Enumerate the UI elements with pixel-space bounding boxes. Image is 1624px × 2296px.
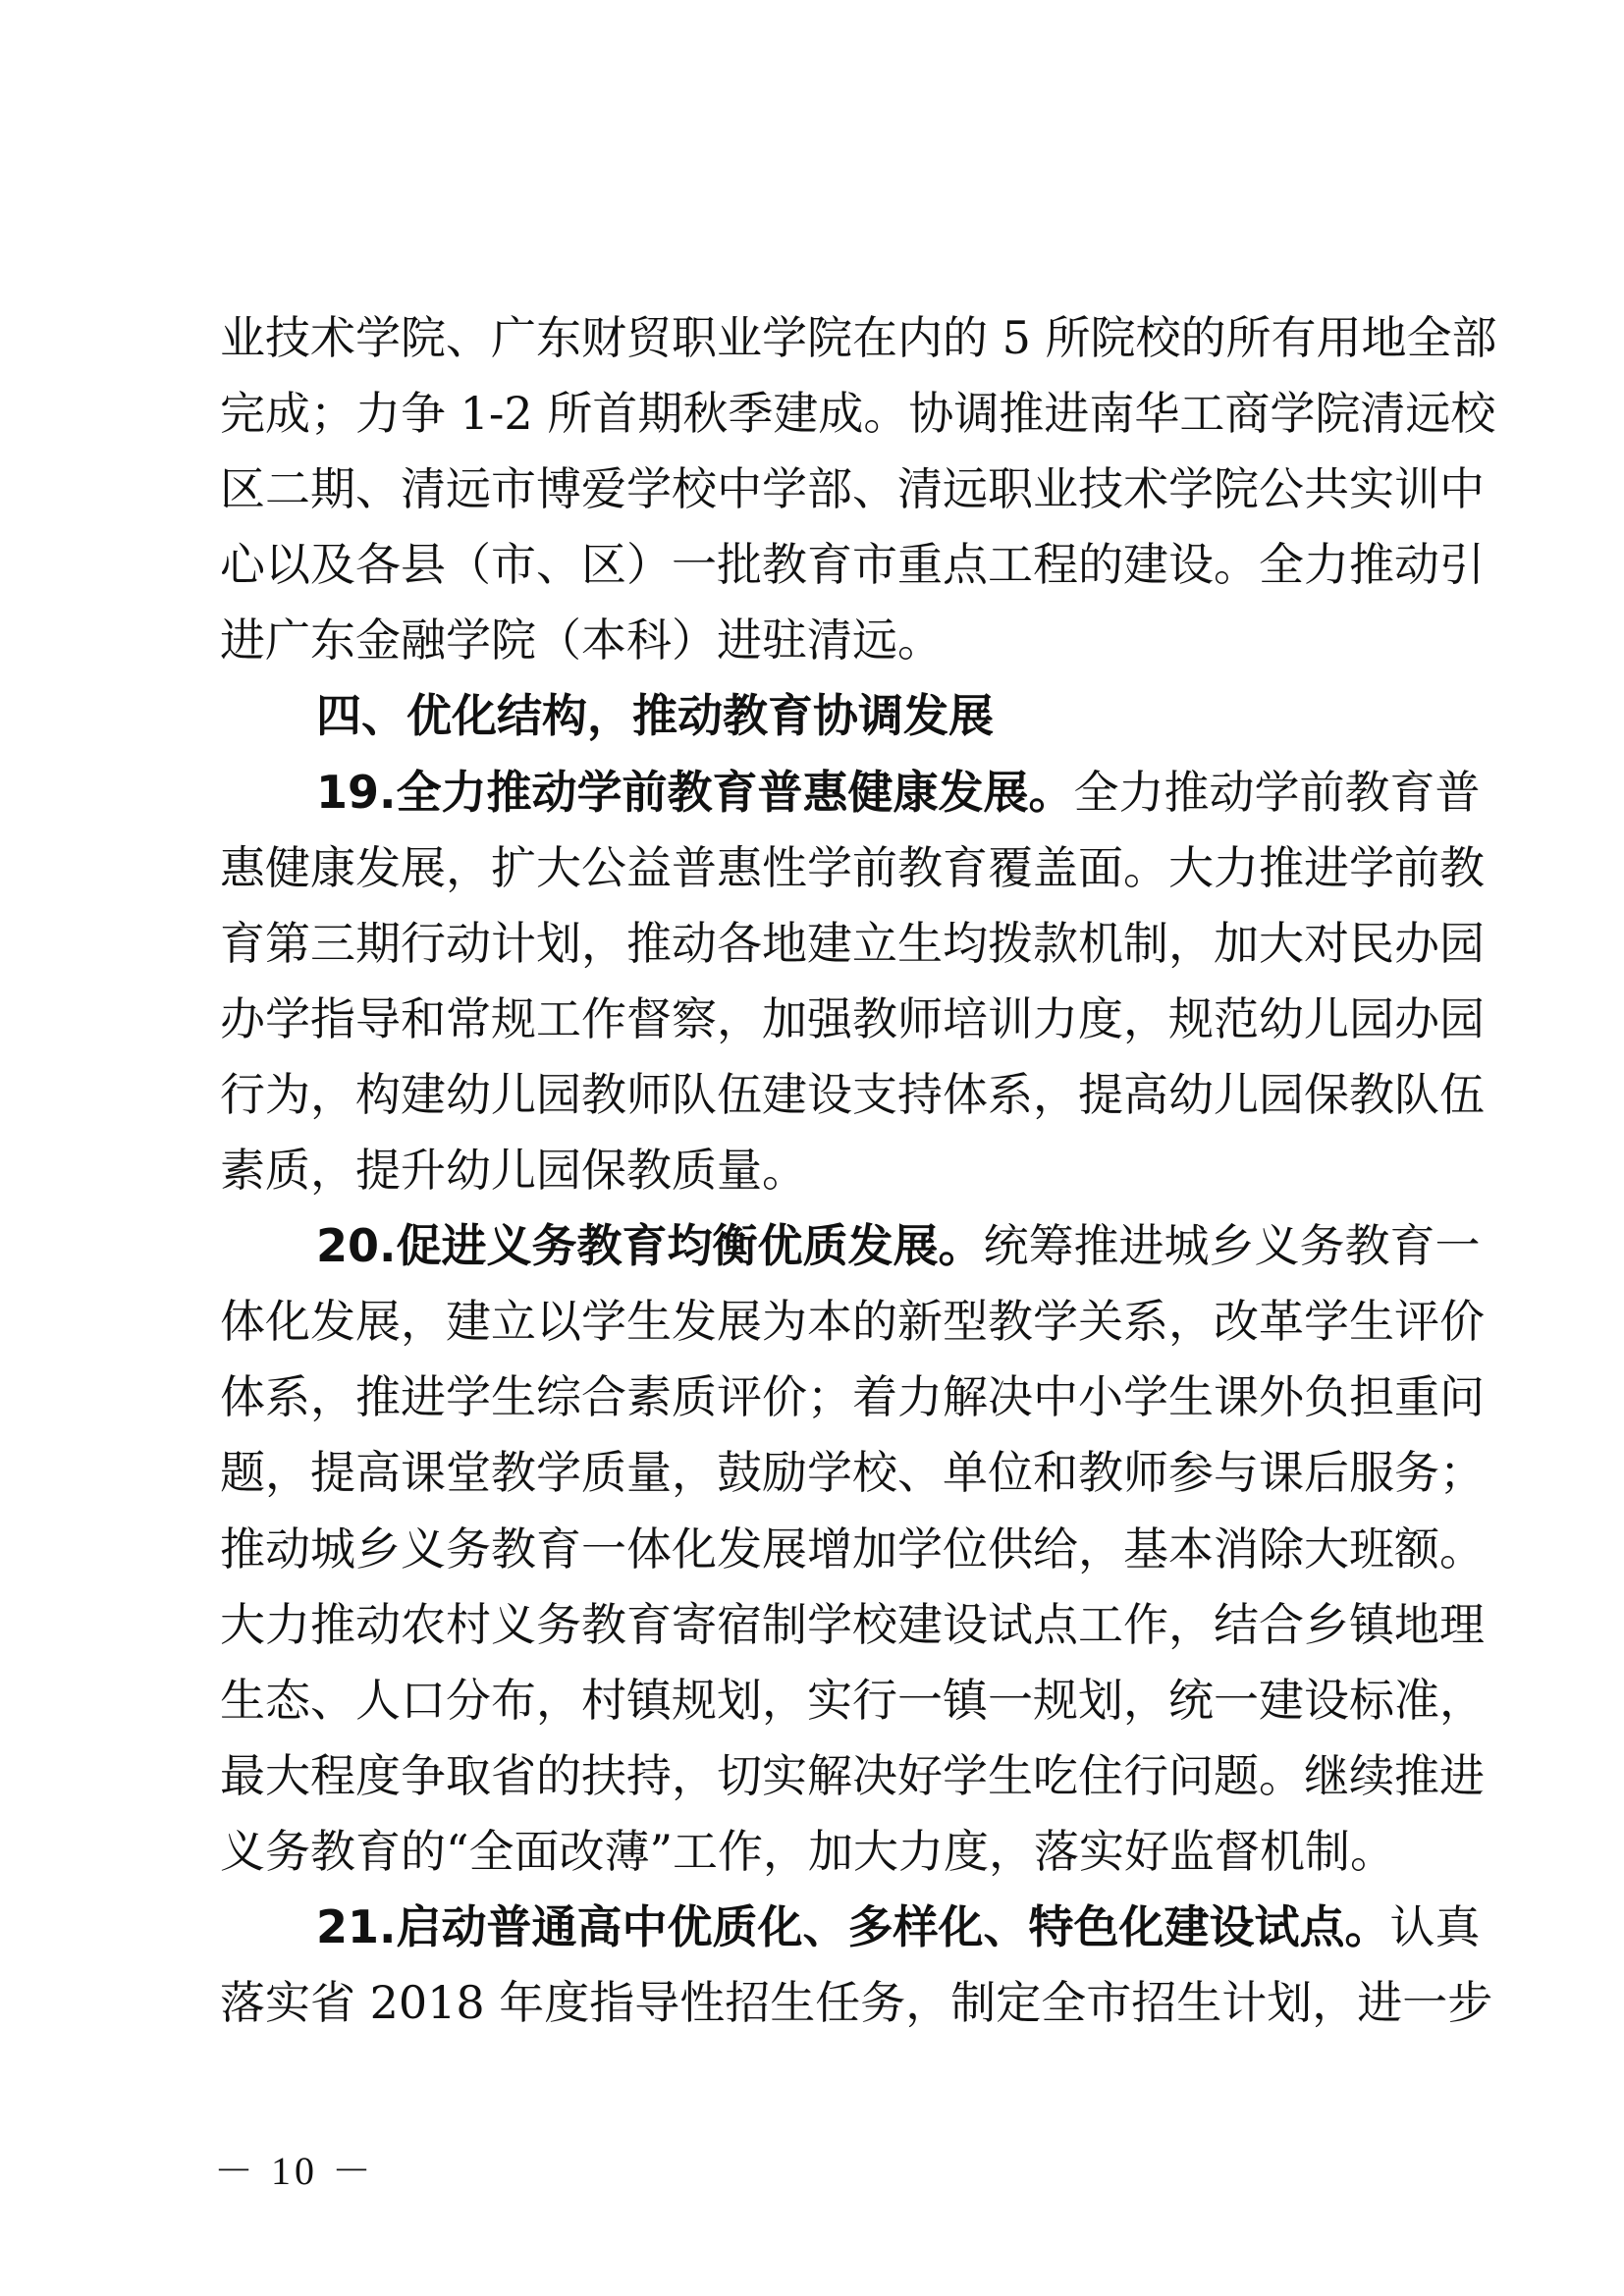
text-line: 行为，构建幼儿园教师队伍建设支持体系，提高幼儿园保教队伍 [220,1057,1420,1133]
item-21-text: 认真 [1390,1900,1481,1953]
text-line: 推动城乡义务教育一体化发展增加学位供给，基本消除大班额。 [220,1512,1420,1587]
text-line: 体化发展，建立以学生发展为本的新型教学关系，改革学生评价 [220,1284,1420,1360]
item-19-text: 全力推动学前教育普 [1074,766,1481,819]
text-line: 体系，推进学生综合素质评价；着力解决中小学生课外负担重问 [220,1360,1420,1435]
text-line: 落实省 2018 年度指导性招生任务，制定全市招生计划，进一步 [220,1965,1420,2041]
text-line: 惠健康发展，扩大公益普惠性学前教育覆盖面。大力推进学前教 [220,830,1420,906]
text-line: 素质，提升幼儿园保教质量。 [220,1133,1420,1208]
text-line: 育第三期行动计划，推动各地建立生均拨款机制，加大对民办园 [220,906,1420,982]
item-21-title: 21.启动普通高中优质化、多样化、特色化建设试点。 [316,1900,1390,1953]
text-line: 大力推动农村义务教育寄宿制学校建设试点工作，结合乡镇地理 [220,1587,1420,1663]
text-line: 义务教育的“全面改薄”工作，加大力度，落实好监督机制。 [220,1814,1420,1890]
text-line: 完成；力争 1-2 所首期秋季建成。协调推进南华工商学院清远校 [220,376,1420,452]
item-21-first-line: 21.启动普通高中优质化、多样化、特色化建设试点。认真 [220,1890,1420,1965]
document-page: 业技术学院、广东财贸职业学院在内的 5 所院校的所有用地全部 完成；力争 1-2… [0,0,1624,2296]
text-line: 心以及各县（市、区）一批教育市重点工程的建设。全力推动引 [220,527,1420,603]
item-20-text: 统筹推进城乡义务教育一 [984,1219,1481,1272]
item-20-title: 20.促进义务教育均衡优质发展。 [316,1219,984,1272]
text-line: 题，提高课堂教学质量，鼓励学校、单位和教师参与课后服务； [220,1435,1420,1511]
page-number: － 10 － [214,2140,375,2196]
text-line: 区二期、清远市博爱学校中学部、清远职业技术学院公共实训中 [220,452,1420,527]
text-line: 办学指导和常规工作督察，加强教师培训力度，规范幼儿园办园 [220,982,1420,1057]
item-19-first-line: 19.全力推动学前教育普惠健康发展。全力推动学前教育普 [220,755,1420,830]
text-line: 最大程度争取省的扶持，切实解决好学生吃住行问题。继续推进 [220,1738,1420,1814]
text-line: 业技术学院、广东财贸职业学院在内的 5 所院校的所有用地全部 [220,300,1420,376]
item-19-title: 19.全力推动学前教育普惠健康发展。 [316,766,1074,819]
section-heading: 四、优化结构，推动教育协调发展 [220,678,1420,754]
document-body: 业技术学院、广东财贸职业学院在内的 5 所院校的所有用地全部 完成；力争 1-2… [220,300,1420,2041]
text-line: 进广东金融学院（本科）进驻清远。 [220,603,1420,678]
text-line: 生态、人口分布，村镇规划，实行一镇一规划，统一建设标准， [220,1663,1420,1738]
item-20-first-line: 20.促进义务教育均衡优质发展。统筹推进城乡义务教育一 [220,1208,1420,1284]
